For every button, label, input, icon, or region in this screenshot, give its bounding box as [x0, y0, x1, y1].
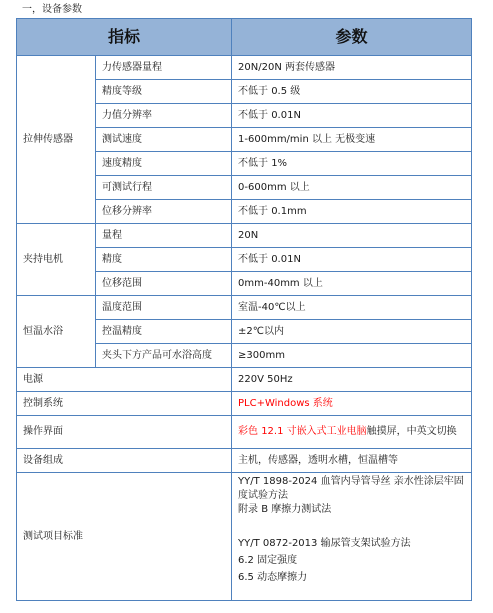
item-label: 量程 — [96, 224, 232, 248]
item-label: 位移分辨率 — [96, 200, 232, 224]
table-row: 操作界面 彩色 12.1 寸嵌入式工业电脑触摸屏，中英文切换 — [17, 416, 472, 449]
item-label: 测试速度 — [96, 128, 232, 152]
item-label: 力值分辨率 — [96, 104, 232, 128]
item-value: 不低于 0.01N — [232, 248, 472, 272]
item-value: 20N — [232, 224, 472, 248]
standard-line — [238, 520, 465, 537]
row-value-power: 220V 50Hz — [232, 368, 472, 392]
item-value: 不低于 0.01N — [232, 104, 472, 128]
row-label-composition: 设备组成 — [17, 449, 232, 473]
row-label-control-system: 控制系统 — [17, 392, 232, 416]
table-header-row: 指标 参数 — [17, 19, 472, 56]
item-value: 0mm-40mm 以上 — [232, 272, 472, 296]
item-value: 20N/20N 两套传感器 — [232, 56, 472, 80]
section-title: 一，设备参数 — [22, 3, 82, 17]
row-value-composition: 主机，传感器，透明水槽，恒温槽等 — [232, 449, 472, 473]
header-parameter: 参数 — [232, 19, 472, 56]
item-label: 位移范围 — [96, 272, 232, 296]
item-value: 1-600mm/min 以上 无极变速 — [232, 128, 472, 152]
row-label-power: 电源 — [17, 368, 232, 392]
item-label: 可测试行程 — [96, 176, 232, 200]
control-system-highlight: PLC+Windows 系统 — [238, 398, 333, 409]
item-label: 精度等级 — [96, 80, 232, 104]
interface-text: 触摸屏，中英文切换 — [367, 426, 457, 437]
item-value: ≥300mm — [232, 344, 472, 368]
group-label-water-bath: 恒温水浴 — [17, 296, 96, 368]
table-row: 恒温水浴 温度范围 室温-40℃以上 — [17, 296, 472, 320]
item-label: 控温精度 — [96, 320, 232, 344]
row-label-test-standards: 测试项目标准 — [17, 473, 232, 601]
header-indicator: 指标 — [17, 19, 232, 56]
group-label-clamp-motor: 夹持电机 — [17, 224, 96, 296]
table-row: 设备组成 主机，传感器，透明水槽，恒温槽等 — [17, 449, 472, 473]
item-label: 温度范围 — [96, 296, 232, 320]
item-label: 夹头下方产品可水浴高度 — [96, 344, 232, 368]
standard-line: 6.5 动态摩擦力 — [238, 571, 465, 588]
item-label: 精度 — [96, 248, 232, 272]
item-value: 0-600mm 以上 — [232, 176, 472, 200]
item-label: 速度精度 — [96, 152, 232, 176]
table-row: 测试项目标准 YY/T 1898-2024 血管内导管导丝 亲水性涂层牢固度试验… — [17, 473, 472, 601]
item-value: 室温-40℃以上 — [232, 296, 472, 320]
equipment-parameters-table: 指标 参数 拉伸传感器 力传感器量程 20N/20N 两套传感器 精度等级 不低… — [16, 18, 472, 601]
item-value: 不低于 0.1mm — [232, 200, 472, 224]
table-row: 夹持电机 量程 20N — [17, 224, 472, 248]
item-value: 不低于 0.5 级 — [232, 80, 472, 104]
table-row: 电源 220V 50Hz — [17, 368, 472, 392]
interface-highlight: 彩色 12.1 寸嵌入式工业电脑 — [238, 426, 367, 437]
standard-line: YY/T 0872-2013 输尿管支架试验方法 — [238, 537, 465, 554]
standard-line: 6.2 固定强度 — [238, 554, 465, 571]
table-row: 控制系统 PLC+Windows 系统 — [17, 392, 472, 416]
group-label-tensile-sensor: 拉伸传感器 — [17, 56, 96, 224]
row-value-control-system: PLC+Windows 系统 — [232, 392, 472, 416]
item-value: ±2℃以内 — [232, 320, 472, 344]
standard-line: 附录 B 摩擦力测试法 — [238, 503, 465, 520]
row-value-test-standards: YY/T 1898-2024 血管内导管导丝 亲水性涂层牢固度试验方法 附录 B… — [232, 473, 472, 601]
item-label: 力传感器量程 — [96, 56, 232, 80]
standard-line: YY/T 1898-2024 血管内导管导丝 亲水性涂层牢固度试验方法 — [238, 475, 465, 503]
row-label-interface: 操作界面 — [17, 416, 232, 449]
item-value: 不低于 1% — [232, 152, 472, 176]
table-row: 拉伸传感器 力传感器量程 20N/20N 两套传感器 — [17, 56, 472, 80]
row-value-interface: 彩色 12.1 寸嵌入式工业电脑触摸屏，中英文切换 — [232, 416, 472, 449]
